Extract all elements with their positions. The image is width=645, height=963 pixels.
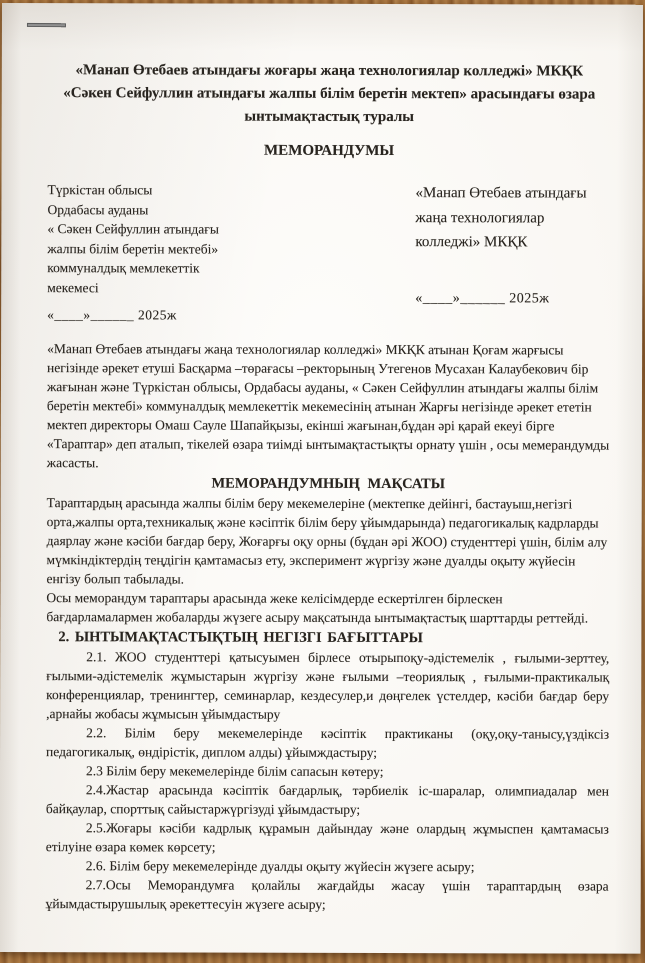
title-line: «Сәкен Сейфуллин атындағы жалпы білім бе…: [48, 82, 611, 106]
direction-item-2-3: 2.3 Білім беру мекемелерінде білім сапас…: [46, 761, 609, 781]
title-line: «Манап Өтебаев атындағы жоғары жаңа техн…: [48, 59, 611, 83]
party-line: Ордабасы ауданы: [47, 200, 277, 220]
title-line: ынтымақтастық туралы: [48, 105, 611, 129]
signature-date-left: «____»______ 2025ж: [47, 305, 277, 325]
document-page: «Манап Өтебаев атындағы жоғары жаңа техн…: [0, 3, 643, 954]
party-line: « Сәкен Сейфуллин атындағы: [47, 219, 277, 239]
party-line: «Манап Өтебаев атындағы: [415, 181, 610, 206]
direction-item-2-6: 2.6. Білім беру мекемелерінде дуалды оқы…: [46, 856, 609, 876]
party-line: жалпы білім беретін мектебі»: [47, 239, 277, 259]
goal-paragraph: Тараптардың арасында жалпы білім беру ме…: [46, 493, 609, 589]
direction-item-2-7: 2.7.Осы Меморандумға қолайлы жағдайды жа…: [46, 875, 609, 914]
direction-item-2-5: 2.5.Жоғары кәсіби кадрлық құрамын дайынд…: [46, 818, 609, 857]
parties-block: Түркістан облысы Ордабасы ауданы « Сәкен…: [47, 180, 610, 326]
document-type-heading: МЕМОРАНДУМЫ: [48, 141, 611, 161]
party-school: Түркістан облысы Ордабасы ауданы « Сәкен…: [47, 180, 277, 325]
preamble-paragraph: «Манап Өтебаев атындағы жаңа технологиял…: [47, 339, 610, 473]
signature-date-right: «____»______ 2025ж: [415, 287, 610, 312]
party-line: коммуналдық мемлекеттік: [47, 258, 277, 278]
party-line: колледжі» МКҚК: [415, 230, 610, 255]
goal-section-heading: МЕМОРАНДУМНЫҢ МАҚСАТЫ: [47, 474, 610, 494]
party-line: мекемесі: [47, 278, 277, 298]
party-line: Түркістан облысы: [47, 180, 277, 200]
document-title: «Манап Өтебаев атындағы жоғары жаңа техн…: [48, 59, 611, 129]
party-line: жаңа технологиялар: [415, 206, 610, 231]
document-content: «Манап Өтебаев атындағы жоғары жаңа техн…: [0, 3, 643, 914]
directions-section-heading: 2. ЫНТЫМАҚТАСТЫҚТЫҢ НЕГІЗГІ БАҒЫТТАРЫ: [46, 628, 609, 648]
direction-item-2-2: 2.2. Білім беру мекемелерінде кәсіптік п…: [46, 723, 609, 762]
scanned-document-photo: { "colors": { "paper": "#fcfaf6", "ink":…: [0, 0, 645, 963]
direction-item-2-4: 2.4.Жастар арасында кәсіптік бағдарлық, …: [46, 780, 609, 819]
goal-paragraph: Осы меморандум тараптары арасында жеке к…: [46, 588, 609, 627]
direction-item-2-1: 2.1. ЖОО студенттері қатысуымен бірлесе …: [46, 647, 609, 724]
party-college: «Манап Өтебаев атындағы жаңа технологиял…: [415, 181, 610, 326]
